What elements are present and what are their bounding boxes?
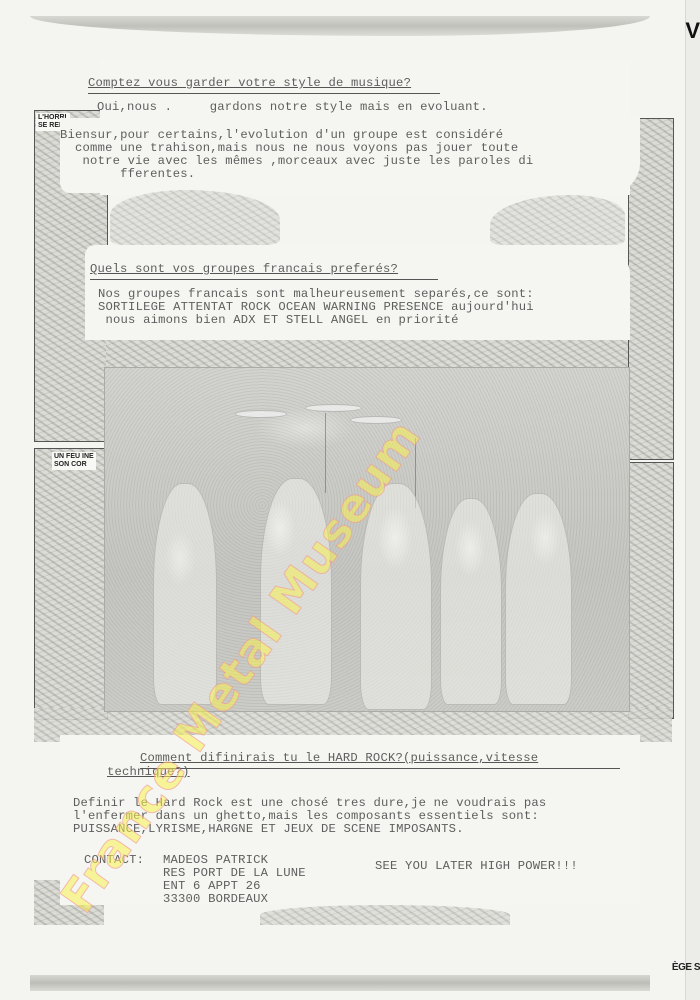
fanzine-page: L'HORRI SE RELP UN FEU INE SON COR Compt… (0, 0, 700, 1000)
signoff: SEE YOU LATER HIGH POWER!!! (375, 860, 578, 873)
comic-scene-creature (110, 190, 280, 245)
band-member-5 (505, 493, 572, 705)
answer-style: Oui,nous . gardons notre style mais en e… (97, 101, 488, 114)
torn-bottom-band (30, 975, 650, 991)
band-photo (104, 367, 630, 712)
contact-label: CONTACT: (84, 854, 144, 867)
cymbal (305, 404, 362, 412)
answer-french-bands-line-3: nous aimons bien ADX ET STELL ANGEL en p… (98, 314, 459, 327)
adjacent-page-edge (685, 0, 700, 1000)
caption-line: UN FEU INE (54, 453, 94, 461)
comic-strip-middle (106, 335, 628, 369)
answer-evolution-line-4: fferentes. (60, 168, 195, 181)
question-hard-rock-line-2: technique?) (107, 766, 190, 779)
caption-line: SON COR (54, 461, 94, 469)
comic-scene-figure (490, 195, 625, 245)
cymbal-stand (325, 413, 326, 493)
adjacent-page-fragment-bottom: ÈGE S (672, 962, 700, 973)
band-member-1 (153, 483, 217, 705)
question-hard-rock-line-1: Comment difinirais tu le HARD ROCK?(puis… (140, 752, 538, 765)
question-french-bands: Quels sont vos groupes francais preferés… (90, 263, 398, 276)
band-member-2 (260, 478, 332, 705)
comic-caption-lower: UN FEU INE SON COR (52, 452, 96, 470)
cymbal (350, 416, 402, 424)
answer-hard-rock-line-3: PUISSANCE,LYRISME,HARGNE ET JEUX DE SCEN… (73, 823, 464, 836)
band-member-3 (360, 483, 432, 710)
question-underline (140, 768, 620, 769)
comic-landscape-bottom (260, 905, 510, 925)
contact-city: 33300 BORDEAUX (163, 893, 268, 906)
comic-panel-right-lower (628, 462, 674, 719)
question-underline (90, 279, 438, 280)
adjacent-page-fragment-top: V (685, 18, 700, 44)
band-member-4 (440, 498, 502, 705)
cymbal (235, 410, 287, 418)
torn-top-band (30, 16, 650, 36)
comic-panel-left-lower (34, 448, 108, 720)
question-underline (88, 93, 440, 94)
question-style: Comptez vous garder votre style de musiq… (88, 77, 411, 90)
